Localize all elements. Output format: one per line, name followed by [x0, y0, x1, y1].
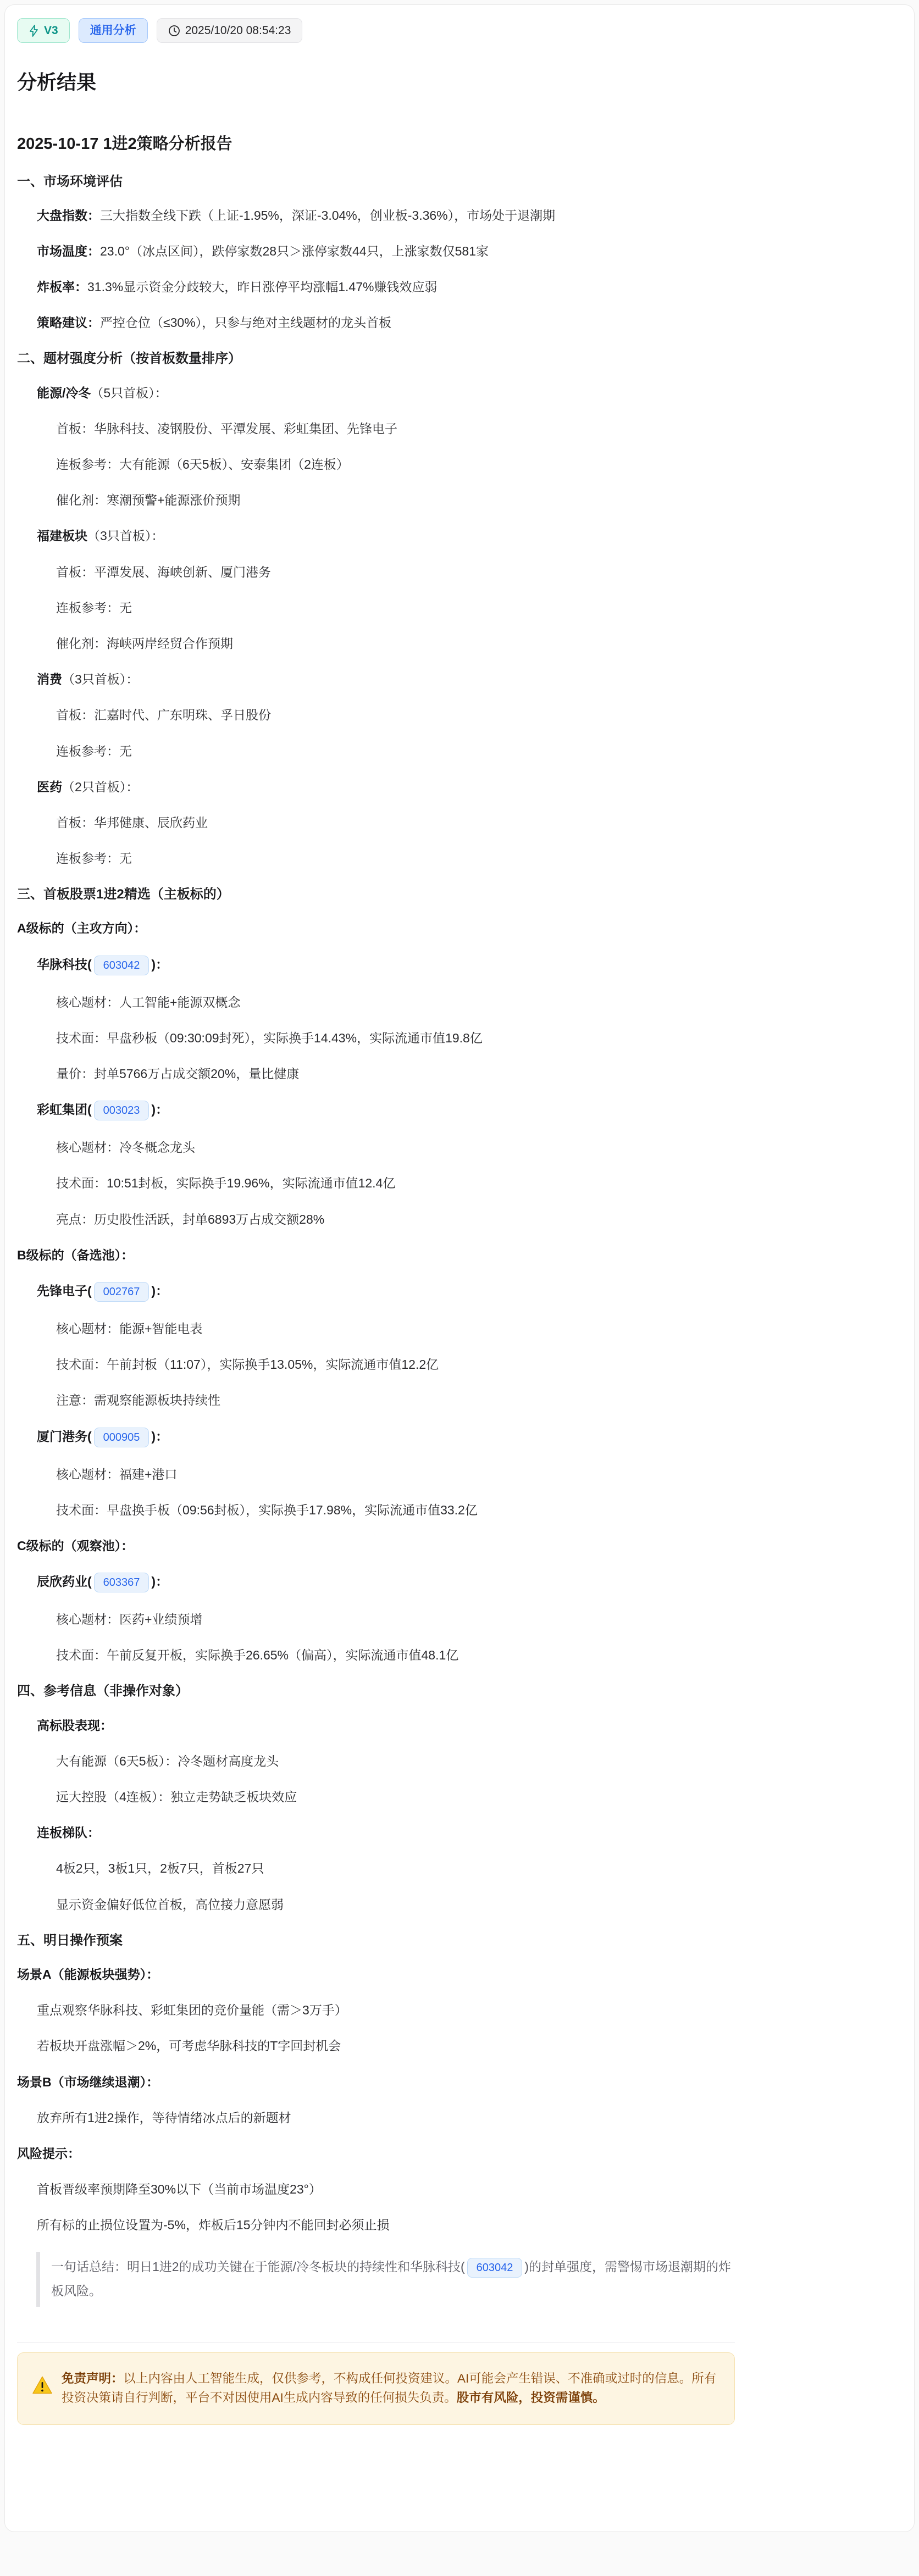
lightning-icon [29, 25, 39, 37]
bold-text-segment: 华脉科技( [37, 957, 92, 971]
report-sections: 一、市场环境评估大盘指数：三大指数全线下跌（上证-1.95%，深证-3.04%，… [13, 173, 735, 2234]
text-segment: 一句话总结：明日1进2的成功关键在于能源/冷冬板块的持续性和华脉科技( [51, 2259, 465, 2274]
section-heading: 三、首板股票1进2精选（主板标的） [17, 886, 735, 903]
stock-code-badge: 000905 [94, 1428, 150, 1447]
analysis-result-card: V3 通用分析 2025/10/20 08:54:23 分析结果 2025-10… [4, 4, 915, 2532]
bold-text-segment: 厦门港务( [37, 1429, 92, 1444]
bold-text-segment: 策略建议： [37, 315, 100, 330]
text-segment: （2只首板）： [62, 780, 139, 794]
text-segment: 若板块开盘涨幅＞2%，可考虑华脉科技的T字回封机会 [37, 2039, 341, 2053]
report-line: 技术面：早盘秒板（09:30:09封死），实际换手14.43%，实际流通市值19… [17, 1029, 735, 1047]
report-line: 催化剂：海峡两岸经贸合作预期 [17, 635, 735, 652]
report-line: 首板：汇嘉时代、广东明珠、孚日股份 [17, 706, 735, 724]
text-segment: 严控仓位（≤30%），只参与绝对主线题材的龙头首板 [100, 315, 391, 330]
report-line: 技术面：早盘换手板（09:56封板），实际换手17.98%，实际流通市值33.2… [17, 1501, 735, 1519]
report-line: C级标的（观察池）： [17, 1537, 735, 1555]
report-line: 连板参考：无 [17, 599, 735, 617]
stock-code-badge: 603367 [94, 1573, 150, 1592]
report-line: 量价：封单5766万占成交额20%，量比健康 [17, 1065, 735, 1082]
report-line: 首板：平潭发展、海峡创新、厦门港务 [17, 563, 735, 581]
stock-code-badge: 603042 [94, 956, 150, 975]
report-line: 厦门港务(000905)： [17, 1428, 735, 1447]
text-segment: 首板：华邦健康、辰欣药业 [56, 815, 208, 830]
bold-text-segment: 场景A（能源板块强势）： [17, 1967, 159, 1981]
analysis-type-label: 通用分析 [90, 23, 136, 38]
report-line: 大盘指数：三大指数全线下跌（上证-1.95%，深证-3.04%，创业板-3.36… [17, 207, 735, 224]
report-line: 重点观察华脉科技、彩虹集团的竞价量能（需＞3万手） [17, 2001, 735, 2019]
text-segment: 核心题材：能源+智能电表 [56, 1322, 202, 1336]
report-line: 核心题材：能源+智能电表 [17, 1320, 735, 1337]
stock-code-badge: 603042 [467, 2258, 523, 2278]
report-line: 辰欣药业(603367)： [17, 1573, 735, 1592]
report-line: 首板晋级率预期降至30%以下（当前市场温度23°） [17, 2180, 735, 2198]
text-segment: 亮点：历史股性活跃，封单6893万占成交额28% [56, 1212, 324, 1226]
text-segment: 重点观察华脉科技、彩虹集团的竞价量能（需＞3万手） [37, 2003, 347, 2017]
report-line: 核心题材：医药+业绩预增 [17, 1611, 735, 1628]
bold-text-segment: 风险提示： [17, 2146, 80, 2161]
clock-icon [168, 25, 180, 37]
text-segment: 以上内容由人工智能生成，仅供参考，不构成任何投资建议。AI可能会产生错误、不准确… [62, 2372, 716, 2405]
text-segment: 核心题材：福建+港口 [56, 1467, 177, 1481]
text-segment: 首板晋级率预期降至30%以下（当前市场温度23°） [37, 2182, 322, 2196]
report-line: 放弃所有1进2操作，等待情绪冰点后的新题材 [17, 2109, 735, 2127]
report-line: A级标的（主攻方向）： [17, 919, 735, 937]
text-segment: 技术面：午前反复开板，实际换手26.65%（偏高），实际流通市值48.1亿 [56, 1648, 458, 1662]
text-segment: 连板参考：无 [56, 601, 132, 615]
text-segment: 量价：封单5766万占成交额20%，量比健康 [56, 1067, 299, 1081]
text-segment: 连板参考：大有能源（6天5板）、安泰集团（2连板） [56, 457, 349, 471]
report-title: 2025-10-17 1进2策略分析报告 [17, 134, 735, 154]
report-line: 4板2只，3板1只，2板7只，首板27只 [17, 1859, 735, 1877]
bold-text-segment: 彩虹集团( [37, 1102, 92, 1117]
bold-text-segment: 先锋电子( [37, 1284, 92, 1298]
report-line: 高标股表现： [17, 1717, 735, 1734]
text-segment: 连板参考：无 [56, 851, 132, 865]
bold-text-segment: B级标的（备选池）： [17, 1248, 134, 1262]
report-line: 核心题材：福建+港口 [17, 1465, 735, 1483]
text-segment: 催化剂：海峡两岸经贸合作预期 [56, 636, 233, 651]
bold-text-segment: 连板梯队： [37, 1825, 100, 1840]
text-segment: 大有能源（6天5板）：冷冬题材高度龙头 [56, 1754, 279, 1768]
report-line: 连板梯队： [17, 1824, 735, 1841]
bold-text-segment: 市场温度： [37, 244, 100, 258]
bold-text-segment: A级标的（主攻方向）： [17, 921, 146, 935]
badge-row: V3 通用分析 2025/10/20 08:54:23 [17, 18, 735, 43]
disclaimer-text: 免责声明：以上内容由人工智能生成，仅供参考，不构成任何投资建议。AI可能会产生错… [62, 2369, 720, 2408]
bold-text-segment: 医药 [37, 780, 62, 794]
text-segment: 核心题材：冷冬概念龙头 [56, 1140, 195, 1154]
report-line: 连板参考：无 [17, 742, 735, 760]
report-line: 核心题材：人工智能+能源双概念 [17, 993, 735, 1011]
text-segment: 催化剂：寒潮预警+能源涨价预期 [56, 493, 240, 507]
report-line: 大有能源（6天5板）：冷冬题材高度龙头 [17, 1752, 735, 1770]
text-segment: 显示资金偏好低位首板，高位接力意愿弱 [56, 1897, 284, 1912]
text-segment: （3只首板）： [62, 672, 139, 686]
stock-code-badge: 002767 [94, 1282, 150, 1302]
text-segment: 核心题材：医药+业绩预增 [56, 1612, 202, 1626]
bold-text-segment: C级标的（观察池）： [17, 1539, 134, 1553]
bold-text-segment: )： [151, 1574, 168, 1589]
text-segment: 三大指数全线下跌（上证-1.95%，深证-3.04%，创业板-3.36%），市场… [100, 208, 555, 223]
text-segment: 远大控股（4连板）：独立走势缺乏板块效应 [56, 1790, 297, 1804]
section-heading: 二、题材强度分析（按首板数量排序） [17, 350, 735, 367]
bold-text-segment: 炸板率： [37, 280, 87, 294]
report-line: 技术面：午前反复开板，实际换手26.65%（偏高），实际流通市值48.1亿 [17, 1646, 735, 1664]
report-line: 远大控股（4连板）：独立走势缺乏板块效应 [17, 1788, 735, 1806]
bold-text-segment: )： [151, 1429, 168, 1444]
text-segment: 核心题材：人工智能+能源双概念 [56, 995, 240, 1009]
bold-text-segment: )： [151, 957, 168, 971]
text-segment: 首板：平潭发展、海峡创新、厦门港务 [56, 565, 271, 579]
report-line: 福建板块（3只首板）： [17, 527, 735, 545]
text-segment: 技术面：早盘秒板（09:30:09封死），实际换手14.43%，实际流通市值19… [56, 1031, 483, 1045]
bold-text-segment: 场景B（市场继续退潮）： [17, 2075, 159, 2089]
report-line: 炸板率：31.3%显示资金分歧较大，昨日涨停平均涨幅1.47%赚钱效应弱 [17, 278, 735, 296]
text-segment: 所有标的止损位设置为-5%，炸板后15分钟内不能回封必须止损 [37, 2218, 389, 2232]
report-line: 首板：华邦健康、辰欣药业 [17, 814, 735, 831]
report-line: 连板参考：无 [17, 850, 735, 867]
text-segment: 技术面：午前封板（11:07），实际换手13.05%，实际流通市值12.2亿 [56, 1357, 439, 1372]
warning-icon [32, 2375, 53, 2401]
bold-text-segment: 大盘指数： [37, 208, 100, 223]
stock-code-badge: 003023 [94, 1101, 150, 1120]
divider [17, 2342, 735, 2342]
report-line: 显示资金偏好低位首板，高位接力意愿弱 [17, 1896, 735, 1913]
report-line: 技术面：午前封板（11:07），实际换手13.05%，实际流通市值12.2亿 [17, 1356, 735, 1373]
bold-text-segment: 福建板块 [37, 529, 87, 543]
bold-text-segment: 消费 [37, 672, 62, 686]
report-line: 所有标的止损位设置为-5%，炸板后15分钟内不能回封必须止损 [17, 2216, 735, 2234]
section-heading: 五、明日操作预案 [17, 1932, 735, 1949]
report-line: 场景B（市场继续退潮）： [17, 2073, 735, 2091]
report-line: 先锋电子(002767)： [17, 1282, 735, 1302]
report-line: 若板块开盘涨幅＞2%，可考虑华脉科技的T字回封机会 [17, 2037, 735, 2055]
report-content: V3 通用分析 2025/10/20 08:54:23 分析结果 2025-10… [13, 18, 735, 2425]
report-line: 连板参考：大有能源（6天5板）、安泰集团（2连板） [17, 456, 735, 473]
bold-text-segment: 股市有风险，投资需谨慎。 [457, 2391, 605, 2405]
bold-text-segment: 辰欣药业( [37, 1574, 92, 1589]
timestamp-badge: 2025/10/20 08:54:23 [157, 18, 303, 43]
report-line: 彩虹集团(003023)： [17, 1101, 735, 1120]
text-segment: 放弃所有1进2操作，等待情绪冰点后的新题材 [37, 2111, 291, 2125]
report-line: 华脉科技(603042)： [17, 956, 735, 975]
text-segment: 首板：汇嘉时代、广东明珠、孚日股份 [56, 708, 271, 722]
report-line: 医药（2只首板）： [17, 778, 735, 796]
page-title: 分析结果 [17, 70, 735, 95]
text-segment: 技术面：10:51封板，实际换手19.96%，实际流通市值12.4亿 [56, 1176, 395, 1190]
text-segment: 首板：华脉科技、凌钢股份、平潭发展、彩虹集团、先锋电子 [56, 421, 397, 436]
report-line: 技术面：10:51封板，实际换手19.96%，实际流通市值12.4亿 [17, 1174, 735, 1192]
bold-text-segment: )： [151, 1284, 168, 1298]
analysis-type-badge: 通用分析 [79, 18, 148, 43]
report-line: 催化剂：寒潮预警+能源涨价预期 [17, 491, 735, 509]
disclaimer-box: 免责声明：以上内容由人工智能生成，仅供参考，不构成任何投资建议。AI可能会产生错… [17, 2352, 735, 2425]
report-line: 首板：华脉科技、凌钢股份、平潭发展、彩虹集团、先锋电子 [17, 420, 735, 437]
bold-text-segment: )： [151, 1102, 168, 1117]
report-line: 消费（3只首板）： [17, 670, 735, 688]
bold-text-segment: 高标股表现： [37, 1718, 113, 1733]
report-line: 市场温度：23.0°（冰点区间），跌停家数28只＞涨停家数44只，上涨家数仅58… [17, 242, 735, 260]
report-line: 场景A（能源板块强势）： [17, 1966, 735, 1983]
text-segment: 技术面：早盘换手板（09:56封板），实际换手17.98%，实际流通市值33.2… [56, 1503, 478, 1517]
bold-text-segment: 免责声明： [62, 2372, 124, 2385]
bold-text-segment: 能源/冷冬 [37, 386, 91, 400]
text-segment: 23.0°（冰点区间），跌停家数28只＞涨停家数44只，上涨家数仅581家 [100, 244, 489, 258]
text-segment: 注意：需观察能源板块持续性 [56, 1393, 220, 1407]
section-heading: 四、参考信息（非操作对象） [17, 1683, 735, 1700]
text-segment: 4板2只，3板1只，2板7只，首板27只 [56, 1861, 264, 1875]
section-heading: 一、市场环境评估 [17, 173, 735, 190]
text-segment: 31.3%显示资金分歧较大，昨日涨停平均涨幅1.47%赚钱效应弱 [87, 280, 437, 294]
report-line: 风险提示： [17, 2145, 735, 2162]
report-line: 策略建议：严控仓位（≤30%），只参与绝对主线题材的龙头首板 [17, 314, 735, 331]
timestamp-value: 2025/10/20 08:54:23 [185, 23, 291, 38]
report-line: 注意：需观察能源板块持续性 [17, 1391, 735, 1409]
report-line: B级标的（备选池）： [17, 1246, 735, 1264]
version-badge: V3 [17, 18, 70, 43]
text-segment: （3只首板）： [87, 529, 164, 543]
version-badge-label: V3 [44, 23, 58, 38]
summary-quote: 一句话总结：明日1进2的成功关键在于能源/冷冬板块的持续性和华脉科技(60304… [36, 2252, 735, 2306]
report-line: 核心题材：冷冬概念龙头 [17, 1139, 735, 1156]
report-line: 能源/冷冬（5只首板）： [17, 384, 735, 402]
text-segment: （5只首板）： [91, 386, 167, 400]
report-line: 亮点：历史股性活跃，封单6893万占成交额28% [17, 1211, 735, 1228]
text-segment: 连板参考：无 [56, 744, 132, 758]
